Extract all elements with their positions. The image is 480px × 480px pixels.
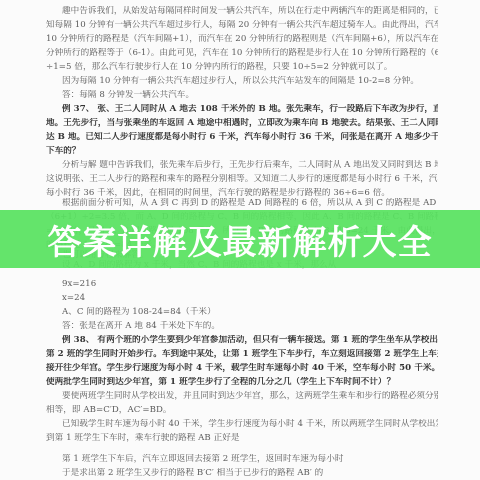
text-line: 根据前面分析可知，从 A 到 C 再到 D 的路程是 AD 间路程的 6 倍，所… (62, 198, 438, 209)
title-banner: 答案详解及最新解析大全 (0, 210, 480, 268)
text-line: 分钟所行的路程等于（6-1）。由此可见，汽车在 10 分钟所行的路程是步行人在 … (46, 48, 438, 59)
text-line: 下车的？ (46, 146, 438, 157)
text-line: 要使两班学生同时从学校出发，并且同时到达少年宫，那么，这两班学生乘车和步行的路程… (62, 391, 438, 402)
text-line: ÷1=5 倍，那么汽车行驶步行人在 10 分钟内所行的路程，只要 10÷5=2 … (46, 62, 438, 73)
text-line: 答：每隔 8 分钟发一辆公共汽车。 (62, 90, 438, 101)
text-line: 地。王先步行，当与张乘坐的车返回 A 地途中相遇时，立即改为乘车向 B 地驶去。… (46, 118, 438, 129)
text-line: 达 B 地。已知二人步行速度都是每小时行 6 千米，汽车每小时行 36 千米，问… (46, 132, 438, 143)
text-line: 接开往少年宫。学生步行速度为每小时 4 千米，载学生时车速每小时 40 千米，空… (46, 363, 438, 374)
text-line: 第 1 班学生下车后，汽车立即返回去接第 2 班学生，返回时车速为每小时 (62, 454, 438, 465)
text-line: 第 2 班的学生同时开始步行。车到途中某处，让第 1 班学生下车步行，车立刻返回… (46, 349, 438, 360)
text-line: 因为每隔 10 分钟有一辆公共汽车超过步行人，所以公共汽车站发车的间隔是 10-… (62, 76, 438, 87)
text-line: 10 分钟所行的路程是（汽车间隔+1），而汽车在 20 分钟所行的路程则是（汽车… (46, 34, 438, 45)
example-heading: 例 37、 张、王二人同时从 A 地去 108 千米外的 B 地。张先乘车，行一… (62, 104, 438, 115)
text-line: 已知载学生时车速为每小时 40 千米，学生步行速度为每小时 4 千米，所以两班学… (62, 419, 438, 430)
text-line: 趣中告诉我们，从始发站每隔同样时间发一辆公共汽车，所以在行走中两辆汽车的距离是相… (62, 6, 438, 17)
text-line: 相等，即 AB=C′D，AC′=BD。 (46, 405, 438, 416)
equation-line: x=24 (62, 293, 438, 304)
answer-line: 答：张是在离开 A 地 84 千米处下车的。 (62, 321, 438, 332)
banner-title: 答案详解及最新解析大全 (48, 215, 433, 264)
text-line: 知每隔 10 分钟有一辆公共汽车超过步行人，每隔 20 分钟有一辆公共汽车超过骑… (46, 20, 438, 31)
text-line: 使两批学生同时到达少年宫，第 1 班学生步行了全程的几分之几（学生上下车时间不计… (46, 377, 438, 388)
text-line: 这说明张、王二人步行的路程和乘车的路程分别相等。又知道二人步行的速度都是每小时行… (46, 174, 438, 185)
text-line: A、C 间的路程为 108-24=84（千米） (62, 307, 438, 318)
equation-line: 9x=216 (62, 279, 438, 290)
text-line: 分析与解 题中告诉我们，张先乘车后步行，王先步行后乘车，二人同时从 A 地出发又… (62, 160, 438, 171)
text-line: 到第 1 班学生下车时，乘车行驶的路程 AB 正好是 (46, 433, 438, 444)
example-heading: 例 38、 有两个班的小学生要到少年宫参加活动，但只有一辆车接送。第 1 班的学… (62, 335, 438, 346)
text-line: 于是求出第 2 班学生又步行的路程 B′C′ 相当于已步行的路程 AB′ 的 (62, 468, 438, 479)
